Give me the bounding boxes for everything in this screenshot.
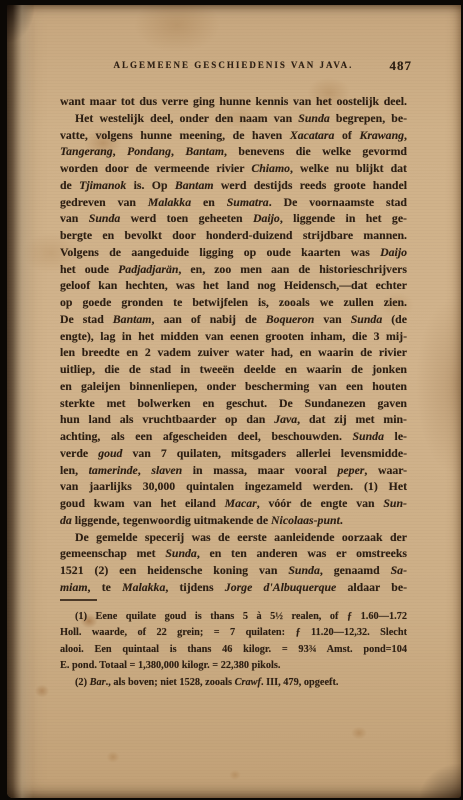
body-line: en galeijen binnenliepen, onder bescherm… bbox=[60, 378, 407, 395]
body-line: verde goud van 7 quilaten, mitsgaders al… bbox=[60, 445, 407, 462]
body-line: want maar tot dus verre ging hunne kenni… bbox=[60, 93, 407, 110]
body-line: engte), lag in het midden van eenen groo… bbox=[60, 328, 407, 345]
body-line: worden door de vermeende rivier Chiamo, … bbox=[60, 160, 407, 177]
body-line: len breedte en 2 vadem zuiver water had,… bbox=[60, 344, 407, 361]
body-line: Tangerang, Pondang, Bantam, benevens die… bbox=[60, 143, 407, 160]
footnote-line: Holl. waarde, of 22 grein; = 7 quilaten:… bbox=[60, 625, 407, 641]
body-line: Volgens de aangeduide ligging op oude ka… bbox=[60, 244, 407, 261]
body-text: want maar tot dus verre ging hunne kenni… bbox=[60, 93, 407, 596]
body-line: uitliep, die de stad in tweeën deelde en… bbox=[60, 361, 407, 378]
body-line: van Sunda werd toen geheeten Daijo, ligg… bbox=[60, 210, 407, 227]
page-number: 487 bbox=[390, 58, 413, 74]
body-line: sterkte met bolwerken en geschut. De Sun… bbox=[60, 395, 407, 412]
body-line: gemeenschap met Sunda, en ten anderen wa… bbox=[60, 545, 407, 562]
page-edge-highlight bbox=[13, 5, 33, 798]
body-line: bergte en bevolkt door honderd-duizend s… bbox=[60, 227, 407, 244]
body-line: op goede gronden te betwijfelen is, zooa… bbox=[60, 294, 407, 311]
footnote-line: alooi. Een quintaal is thans 46 kilogr. … bbox=[60, 642, 407, 658]
footnote-line: (1) Eene quilate goud is thans 5 à 5½ re… bbox=[60, 609, 407, 625]
body-line: len, tamerinde, slaven in massa, maar vo… bbox=[60, 462, 407, 479]
body-line: gedreven van Malakka en Sumatra. De voor… bbox=[60, 194, 407, 211]
body-line: vatte, volgens hunne meening, de haven X… bbox=[60, 127, 407, 144]
footnote-line: E. pond. Totaal = 1,380,000 kilogr. = 22… bbox=[60, 658, 407, 674]
body-line: De stad Bantam, aan of nabij de Boqueron… bbox=[60, 311, 407, 328]
body-line: Het westelijk deel, onder den naam van S… bbox=[60, 110, 407, 127]
book-page: ALGEMEENE GESCHIEDENIS VAN JAVA. 487 wan… bbox=[7, 5, 461, 798]
body-line: 1521 (2) een heidensche koning van Sunda… bbox=[60, 562, 407, 579]
footnote-line: (2) Bar., als boven; niet 1528, zooals C… bbox=[60, 675, 407, 691]
body-line: de Tjimanok is. Op Bantam werd destijds … bbox=[60, 177, 407, 194]
body-line: het oude Padjadjarän, en, zoo men aan de… bbox=[60, 261, 407, 278]
body-line: goud kwam van het eiland Macar, vóór de … bbox=[60, 495, 407, 512]
body-line: De gemelde specerij was de eerste aanlei… bbox=[60, 529, 407, 546]
running-title: ALGEMEENE GESCHIEDENIS VAN JAVA. bbox=[114, 60, 354, 70]
body-line: achting, als een afgescheiden deel, besc… bbox=[60, 428, 407, 445]
body-line: geloof kan hechten, was het land nog Hei… bbox=[60, 277, 407, 294]
running-header: ALGEMEENE GESCHIEDENIS VAN JAVA. 487 bbox=[60, 60, 407, 70]
footnote-separator-rule bbox=[60, 599, 97, 601]
body-line: van jaarlijks 30,000 quintalen ingezamel… bbox=[60, 478, 407, 495]
body-line: hun land als vruchtbaarder op dan Java, … bbox=[60, 411, 407, 428]
body-line: da liggende, tegenwoordig uitmakende de … bbox=[60, 512, 407, 529]
scanned-page-photo: ALGEMEENE GESCHIEDENIS VAN JAVA. 487 wan… bbox=[0, 0, 463, 800]
footnotes: (1) Eene quilate goud is thans 5 à 5½ re… bbox=[60, 609, 407, 691]
body-line: miam, te Malakka, tijdens Jorge d'Albuqu… bbox=[60, 579, 407, 596]
